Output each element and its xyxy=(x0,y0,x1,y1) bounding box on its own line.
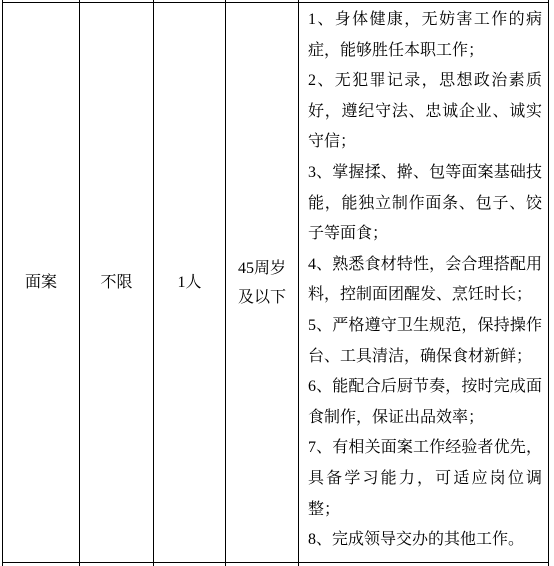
cell-gender-requirement: 不限 xyxy=(80,3,153,562)
requirement-item: 1、身体健康，无妨害工作的病症，能够胜任本职工作； xyxy=(308,5,542,66)
requirement-item: 2、无犯罪记录，思想政治素质好，遵纪守法、忠诚企业、诚实守信； xyxy=(308,66,542,158)
cell-position: 面案 xyxy=(3,3,79,562)
requirement-item: 4、熟悉食材特性，会合理搭配用料，控制面团醒发、烹饪时长； xyxy=(308,250,542,311)
job-posting-table: 面案 不限 1人 45周岁 及以下 1、身体健康，无妨害工作的病症，能够胜任本职… xyxy=(0,0,554,566)
age-limit-line: 45周岁 xyxy=(238,254,286,283)
age-limit-line: 及以下 xyxy=(238,283,286,312)
cell-requirements: 1、身体健康，无妨害工作的病症，能够胜任本职工作； 2、无犯罪记录，思想政治素质… xyxy=(299,3,548,562)
headcount-value: 1人 xyxy=(177,271,201,295)
table-border-horizontal xyxy=(2,562,549,563)
gender-requirement-value: 不限 xyxy=(100,271,132,295)
requirement-item: 6、能配合后厨节奏，按时完成面食制作，保证出品效率； xyxy=(308,372,542,433)
cell-headcount: 1人 xyxy=(154,3,225,562)
table-border-vertical xyxy=(548,0,549,566)
requirement-item: 3、掌握揉、擀、包等面案基础技能，能独立制作面条、包子、饺子等面食； xyxy=(308,158,542,250)
requirement-item: 5、严格遵守卫生规范，保持操作台、工具清洁，确保食材新鲜； xyxy=(308,311,542,372)
requirement-item: 7、有相关面案工作经验者优先，具备学习能力，可适应岗位调整； xyxy=(308,433,542,525)
requirement-item: 8、完成领导交办的其他工作。 xyxy=(308,525,542,556)
position-name: 面案 xyxy=(25,271,57,295)
cell-age-limit: 45周岁 及以下 xyxy=(226,3,298,562)
